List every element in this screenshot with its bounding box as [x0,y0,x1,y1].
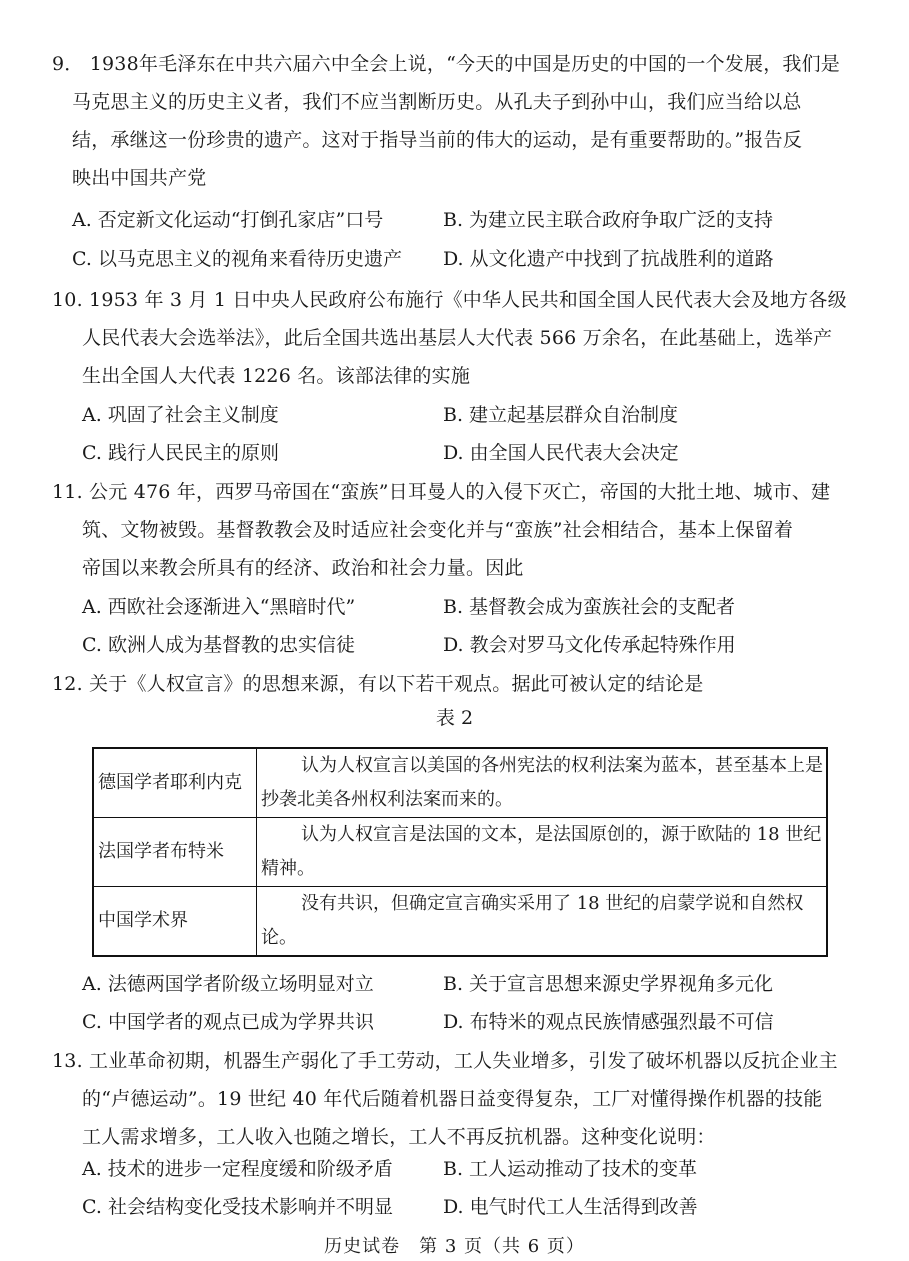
question-13-line-3: 工人需求增多，工人收入也随之增长，工人不再反抗机器。这种变化说明： [82,1125,716,1149]
question-9-line-3: 结，承继这一份珍贵的遗产。这对于指导当前的伟大的运动，是有重要帮助的。”报告反 [72,128,802,152]
exam-page: 9． 1938年毛泽东在中共六届六中全会上说，“今天的中国是历史的中国的一个发展… [0,0,909,1261]
table-row: 中国学术界 没有共识，但确定宣言确实采用了 18 世纪的启蒙学说和自然权论。 [93,887,827,957]
question-13-option-c: C. 社会结构变化受技术影响并不明显 [82,1195,393,1219]
question-9-option-c: C. 以马克思主义的视角来看待历史遗产 [72,247,402,271]
question-11-option-a: A. 西欧社会逐渐进入“黑暗时代” [82,595,355,619]
question-9-line-4: 映出中国共产党 [72,166,206,190]
question-11-line-3: 帝国以来教会所具有的经济、政治和社会力量。因此 [82,556,524,580]
question-12-option-a: A. 法德两国学者阶级立场明显对立 [82,972,374,996]
table-cell-scholar: 法国学者布特米 [93,818,257,887]
question-13-option-b: B. 工人运动推动了技术的变革 [443,1157,697,1181]
question-9-option-b: B. 为建立民主联合政府争取广泛的支持 [443,208,773,232]
table-title: 表 2 [0,703,909,730]
question-11-option-d: D. 教会对罗马文化传承起特殊作用 [443,633,736,657]
table-cell-scholar: 中国学术界 [93,887,257,957]
table-row: 德国学者耶利内克 认为人权宣言以美国的各州宪法的权利法案为蓝本，甚至基本上是抄袭… [93,748,827,818]
table-row: 法国学者布特米 认为人权宣言是法国的文本，是法国原创的，源于欧陆的 18 世纪精… [93,818,827,887]
question-13-line-2: 的“卢德运动”。19 世纪 40 年代后随着机器日益变得复杂，工厂对懂得操作机器… [82,1087,823,1111]
question-12-line-1: 12. 关于《人权宣言》的思想来源，有以下若干观点。据此可被认定的结论是 [52,672,703,696]
question-10-option-c: C. 践行人民民主的原则 [82,441,279,465]
question-9-line-1: 9． 1938年毛泽东在中共六届六中全会上说，“今天的中国是历史的中国的一个发展… [52,52,840,76]
question-11-line-1: 11. 公元 476 年，西罗马帝国在“蛮族”日耳曼人的入侵下灭亡，帝国的大批土… [52,480,830,504]
question-9-option-d: D. 从文化遗产中找到了抗战胜利的道路 [443,247,774,271]
question-9-option-a: A. 否定新文化运动“打倒孔家店”口号 [72,208,383,232]
question-13-option-a: A. 技术的进步一定程度缓和阶级矛盾 [82,1157,393,1181]
views-table: 德国学者耶利内克 认为人权宣言以美国的各州宪法的权利法案为蓝本，甚至基本上是抄袭… [92,747,828,957]
question-11-option-b: B. 基督教会成为蛮族社会的支配者 [443,595,735,619]
question-11-line-2: 筑、文物被毁。基督教教会及时适应社会变化并与“蛮族”社会相结合，基本上保留着 [82,518,793,542]
page-footer: 历史试卷 第 3 页（共 6 页） [0,1232,909,1258]
question-12-option-b: B. 关于宣言思想来源史学界视角多元化 [443,972,773,996]
question-13-line-1: 13. 工业革命初期，机器生产弱化了手工劳动，工人失业增多，引发了破坏机器以反抗… [52,1049,838,1073]
question-10-line-1: 10. 1953 年 3 月 1 日中央人民政府公布施行《中华人民共和国全国人民… [52,288,847,312]
table-cell-view: 没有共识，但确定宣言确实采用了 18 世纪的启蒙学说和自然权论。 [257,887,828,957]
question-10-line-3: 生出全国人大代表 1226 名。该部法律的实施 [82,364,470,388]
table-cell-view: 认为人权宣言是法国的文本，是法国原创的，源于欧陆的 18 世纪精神。 [257,818,828,887]
table-cell-view: 认为人权宣言以美国的各州宪法的权利法案为蓝本，甚至基本上是抄袭北美各州权利法案而… [257,748,828,818]
question-13-option-d: D. 电气时代工人生活得到改善 [443,1195,698,1219]
question-10-option-d: D. 由全国人民代表大会决定 [443,441,679,465]
question-10-option-a: A. 巩固了社会主义制度 [82,403,279,427]
question-12-option-c: C. 中国学者的观点已成为学界共识 [82,1010,374,1034]
question-10-option-b: B. 建立起基层群众自治制度 [443,403,678,427]
question-12-option-d: D. 布特米的观点民族情感强烈最不可信 [443,1010,774,1034]
question-11-option-c: C. 欧洲人成为基督教的忠实信徒 [82,633,355,657]
table-cell-scholar: 德国学者耶利内克 [93,748,257,818]
question-9-line-2: 马克思主义的历史主义者，我们不应当割断历史。从孔夫子到孙中山，我们应当给以总 [72,90,802,114]
question-10-line-2: 人民代表大会选举法》，此后全国共选出基层人大代表 566 万余名，在此基础上，选… [82,326,832,350]
